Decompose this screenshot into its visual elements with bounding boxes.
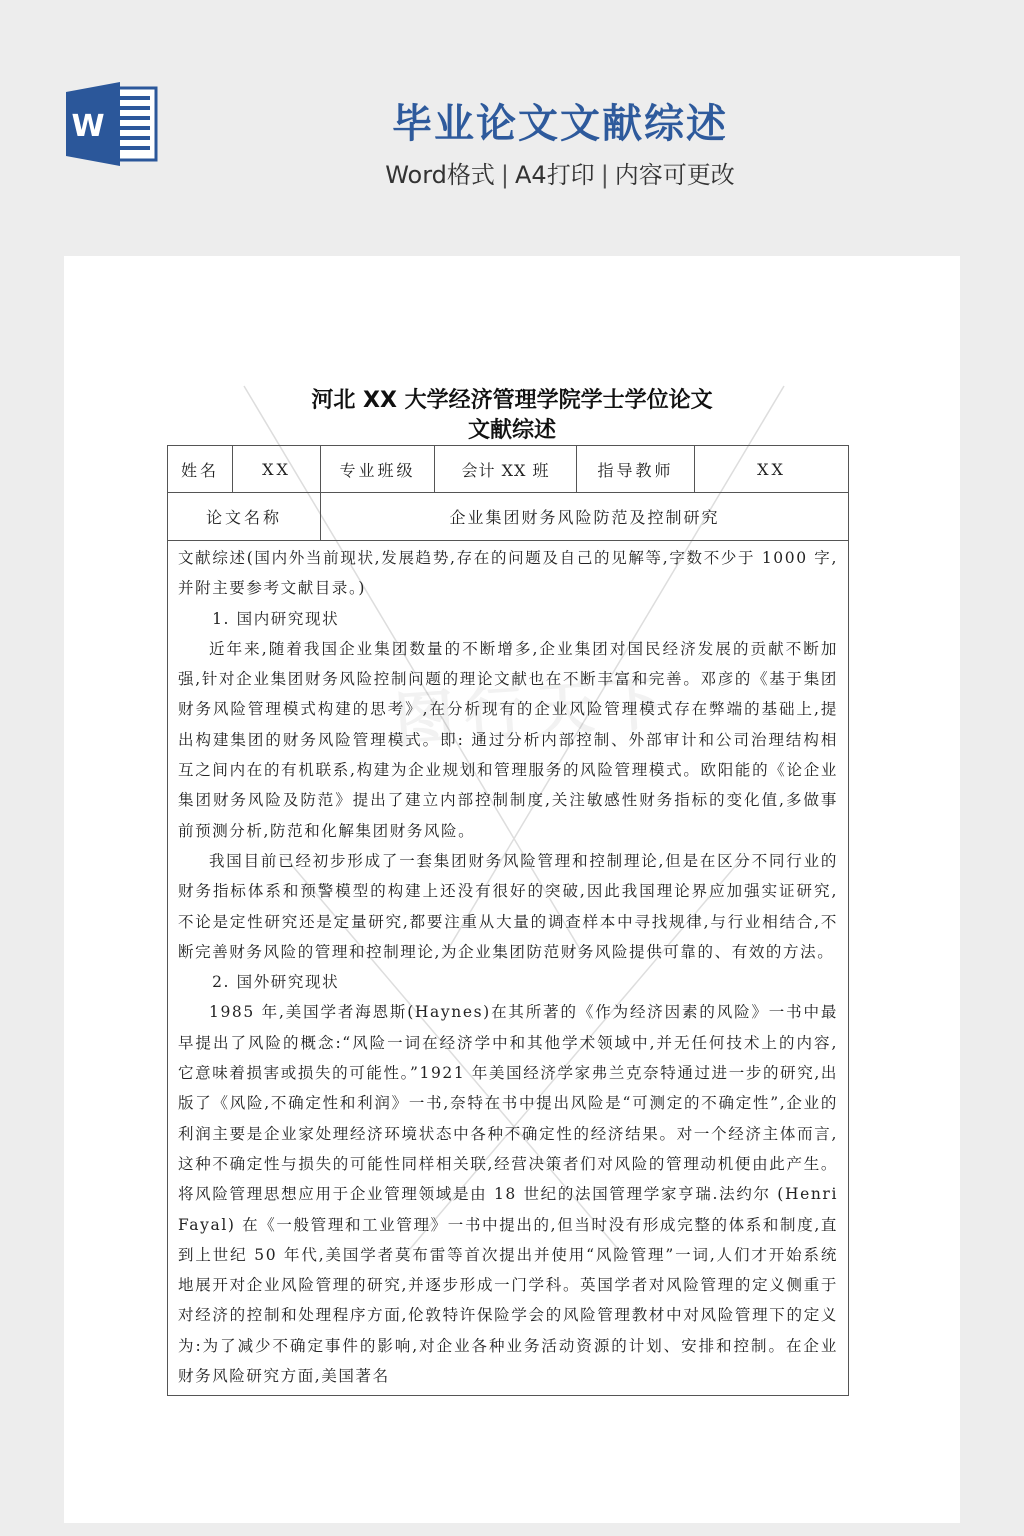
name-label: 姓名	[168, 446, 233, 492]
name-value[interactable]: XX	[233, 446, 321, 492]
subtitle-separator: |	[501, 161, 509, 189]
banner-title: 毕业论文文献综述	[300, 92, 820, 149]
subtitle-format: Word格式	[385, 161, 495, 189]
document-title: 河北 XX 大学经济管理学院学士学位论文 文献综述	[64, 386, 960, 446]
banner-subtitle: Word格式|A4打印|内容可更改	[300, 155, 820, 190]
student-info-row: 姓名 XX 专业班级 会计 XX 班 指导教师 XX	[168, 446, 848, 493]
thesis-form-table: 姓名 XX 专业班级 会计 XX 班 指导教师 XX 论文名称 企业集团财务风险…	[167, 445, 849, 1396]
instruction-text: 文献综述(国内外当前现状,发展趋势,存在的问题及自己的见解等,字数不少于 100…	[178, 543, 838, 604]
document-title-line1: 河北 XX 大学经济管理学院学士学位论文	[64, 386, 960, 416]
document-title-line2: 文献综述	[64, 416, 960, 446]
subtitle-editable: 内容可更改	[615, 161, 735, 189]
class-label: 专业班级	[321, 446, 435, 492]
subtitle-paper: A4打印	[515, 161, 595, 189]
section-heading-domestic: 1. 国内研究现状	[178, 604, 838, 634]
document-page: 图行天下 河北 XX 大学经济管理学院学士学位论文 文献综述 姓名 XX 专业班…	[64, 256, 960, 1523]
svg-text:W: W	[71, 109, 104, 144]
literature-review-body[interactable]: 文献综述(国内外当前现状,发展趋势,存在的问题及自己的见解等,字数不少于 100…	[168, 541, 848, 1395]
thesis-title-row: 论文名称 企业集团财务风险防范及控制研究	[168, 493, 848, 541]
subtitle-separator: |	[601, 161, 609, 189]
section-heading-foreign: 2. 国外研究现状	[178, 967, 838, 997]
advisor-value[interactable]: XX	[695, 446, 848, 492]
word-doc-icon: W	[64, 80, 158, 166]
paragraph: 1985 年,美国学者海恩斯(Haynes)在其所著的《作为经济因素的风险》一书…	[178, 997, 838, 1391]
class-value[interactable]: 会计 XX 班	[435, 446, 577, 492]
paragraph: 近年来,随着我国企业集团数量的不断增多,企业集团对国民经济发展的贡献不断加强,针…	[178, 634, 838, 846]
thesis-title-value[interactable]: 企业集团财务风险防范及控制研究	[321, 493, 848, 540]
advisor-label: 指导教师	[577, 446, 695, 492]
thesis-title-label: 论文名称	[168, 493, 321, 540]
paragraph: 我国目前已经初步形成了一套集团财务风险管理和控制理论,但是在区分不同行业的财务指…	[178, 846, 838, 967]
